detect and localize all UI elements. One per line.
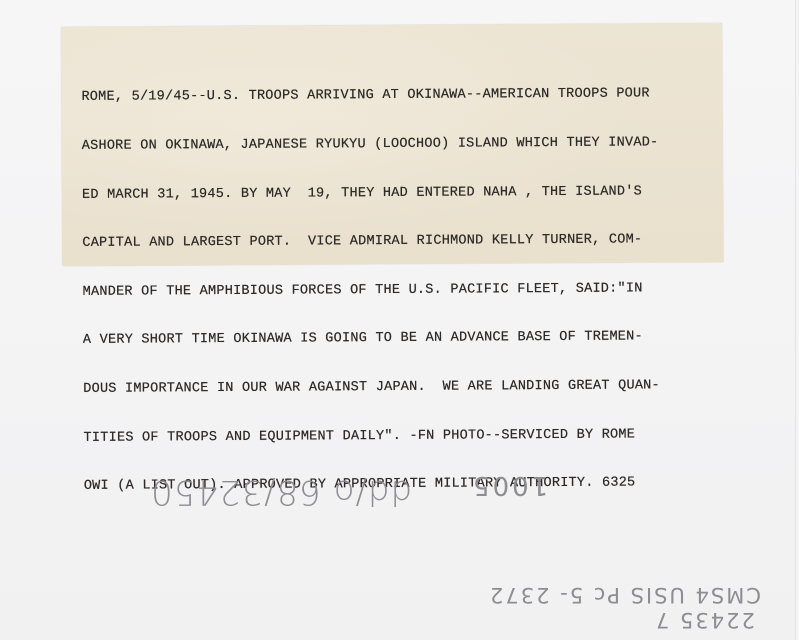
caption-text: ROME, 5/19/45--U.S. TROOPS ARRIVING AT O… (81, 54, 724, 528)
caption-line: TITIES OF TROOPS AND EQUIPMENT DAILY". -… (83, 427, 723, 447)
caption-line: A VERY SHORT TIME OKINAWA IS GOING TO BE… (83, 329, 723, 349)
caption-line: CAPITAL AND LARGEST PORT. VICE ADMIRAL R… (82, 232, 722, 252)
caption-line: DOUS IMPORTANCE IN OUR WAR AGAINST JAPAN… (83, 378, 723, 398)
pencil-archive-reference: dd/o 68/32450 (150, 472, 412, 512)
pencil-catalog-line: CMS4 USIS Pc 5- 2372 (488, 583, 761, 607)
caption-line: ROME, 5/19/45--U.S. TROOPS ARRIVING AT O… (81, 86, 721, 106)
caption-line: MANDER OF THE AMPHIBIOUS FORCES OF THE U… (83, 281, 723, 301)
caption-line: ED MARCH 31, 1945. BY MAY 19, THEY HAD E… (82, 184, 722, 204)
pencil-code: 1005 (470, 470, 548, 500)
caption-slip: ROME, 5/19/45--U.S. TROOPS ARRIVING AT O… (61, 23, 723, 266)
caption-line: ASHORE ON OKINAWA, JAPANESE RYUKYU (LOOC… (82, 135, 722, 155)
pencil-catalog-number: 22435 7 (654, 608, 755, 632)
